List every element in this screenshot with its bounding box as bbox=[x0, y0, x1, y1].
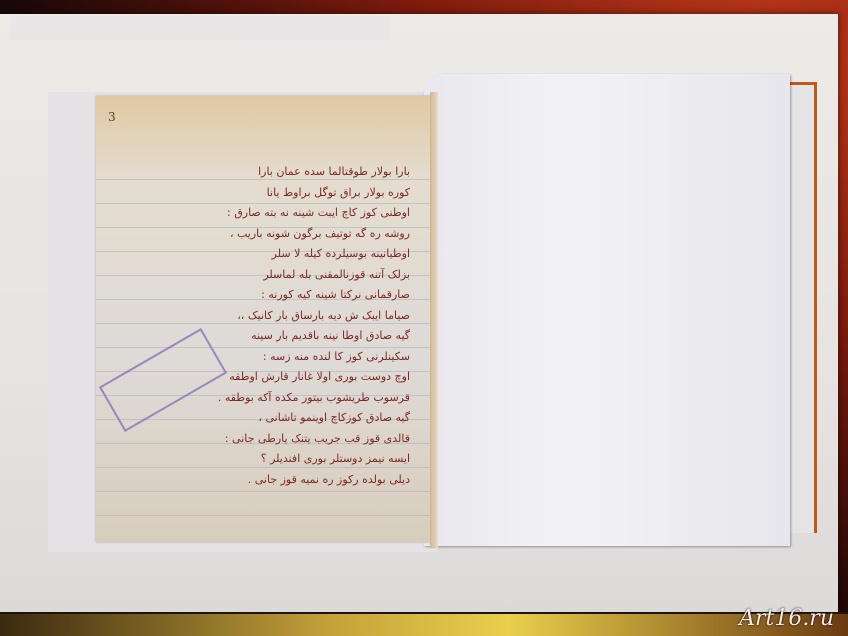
text-line: کوره بولار براق توگل براوط یانا bbox=[160, 183, 410, 204]
blank-right-page bbox=[424, 74, 790, 546]
display-base bbox=[0, 614, 848, 636]
text-line: قرسوب طریشوب بیتور مکده آکه بوطقه . bbox=[160, 388, 410, 409]
text-line: اوطنی کوز کاچ ایبت شینه نه بته صارق : bbox=[160, 203, 410, 224]
watermark-logo: Art16.ru bbox=[739, 606, 834, 631]
photo-scene: 3 بارا بولار طوقتالما سده عمان بارا کوره… bbox=[0, 0, 848, 636]
text-line: گیه صادق کوزکاچ اوینمو تاشانی ، bbox=[160, 408, 410, 429]
folder-flap bbox=[8, 16, 391, 40]
text-line: بزلک آتنه قوزنالمقنی بله لماسلر bbox=[160, 265, 410, 286]
text-line: صارقمانی نرکتا شینه کیه کورنه : bbox=[160, 285, 410, 306]
text-line: دیلی بولده رکوز ره نمیه قوز جانی . bbox=[160, 470, 410, 491]
manuscript-page: 3 بارا بولار طوقتالما سده عمان بارا کوره… bbox=[96, 96, 432, 542]
text-line: صیاما ایبک ش دیه بارساق بار کانیک ،، bbox=[160, 306, 410, 327]
text-line: قالدی قوز قب جریب یتنک یارطی جانی : bbox=[160, 429, 410, 450]
text-line: ایسه نیمز دوستلر بوری افندیلر ؟ bbox=[160, 449, 410, 470]
paper-edge-stain bbox=[430, 92, 438, 548]
page-number: 3 bbox=[108, 110, 116, 124]
text-line: روشه ره گه توتیف برگون شونه باریب ، bbox=[160, 224, 410, 245]
text-line: اوطیانینه بوسیلرده کیله لا سلر bbox=[160, 244, 410, 265]
handwritten-text: بارا بولار طوقتالما سده عمان بارا کوره ب… bbox=[160, 162, 410, 490]
text-line: بارا بولار طوقتالما سده عمان بارا bbox=[160, 162, 410, 183]
